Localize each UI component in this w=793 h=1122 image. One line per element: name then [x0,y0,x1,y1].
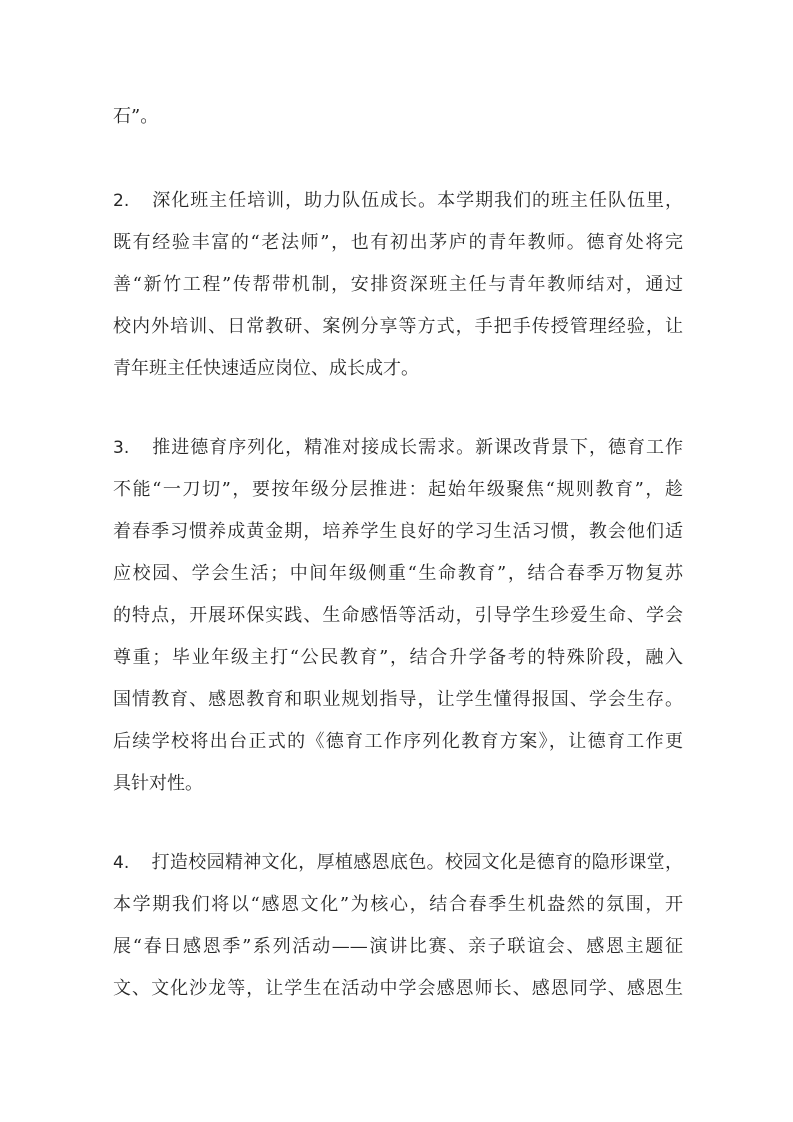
list-number: 2. [113,191,129,211]
text-line: 尊重；毕业年级主打“公民教育”，结合升学备考的特殊阶段，融入 [113,637,683,679]
text-line: 青年班主任快速适应岗位、成长成才。 [113,348,683,390]
text-line: 不能“一刀切”，要按年级分层推进：起始年级聚焦“规则教育”，趁 [113,469,683,511]
list-number: 4. [113,853,129,873]
line-text: 推进德育序列化，精准对接成长需求。新课改背景下，德育工作 [151,437,683,458]
text-line: 校内外培训、日常教研、案例分享等方式，手把手传授管理经验，让 [113,306,683,348]
text-line: 4.打造校园精神文化，厚植感恩底色。校园文化是德育的隐形课堂， [113,842,683,884]
text-line: 3.推进德育序列化，精准对接成长需求。新课改背景下，德育工作 [113,427,683,469]
tab-gap [129,452,151,453]
line-text: 打造校园精神文化，厚植感恩底色。校园文化是德育的隐形课堂， [151,852,683,873]
list-item-4: 4.打造校园精神文化，厚植感恩底色。校园文化是德育的隐形课堂， 本学期我们将以“… [113,842,683,1010]
text-line: 具针对性。 [113,763,683,805]
text-line: 本学期我们将以“感恩文化”为核心，结合春季生机盎然的氛围，开 [113,884,683,926]
text-line: 后续学校将出台正式的《德育工作序列化教育方案》，让德育工作更 [113,721,683,763]
text-line: 的特点，开展环保实践、生命感悟等活动，引导学生珍爱生命、学会 [113,595,683,637]
text-line: 既有经验丰富的“老法师”，也有初出茅庐的青年教师。德育处将完 [113,222,683,264]
list-item-3: 3.推进德育序列化，精准对接成长需求。新课改背景下，德育工作 不能“一刀切”，要… [113,427,683,805]
list-number: 3. [113,438,129,458]
continued-paragraph: 石”。 [113,96,683,138]
text-line: 国情教育、感恩教育和职业规划指导，让学生懂得报国、学会生存。 [113,679,683,721]
text-line: 2.深化班主任培训，助力队伍成长。本学期我们的班主任队伍里， [113,180,683,222]
text-line: 着春季习惯养成黄金期，培养学生良好的学习生活习惯，教会他们适 [113,511,683,553]
document-page: 石”。 2.深化班主任培训，助力队伍成长。本学期我们的班主任队伍里， 既有经验丰… [0,0,793,1122]
text-line: 应校园、学会生活；中间年级侧重“生命教育”，结合春季万物复苏 [113,553,683,595]
line-text: 深化班主任培训，助力队伍成长。本学期我们的班主任队伍里， [151,190,683,211]
tab-gap [129,205,151,206]
text-line: 展“春日感恩季”系列活动——演讲比赛、亲子联谊会、感恩主题征 [113,926,683,968]
text-line: 石”。 [113,96,683,138]
text-line: 善“新竹工程”传帮带机制，安排资深班主任与青年教师结对，通过 [113,264,683,306]
tab-gap [129,867,151,868]
list-item-2: 2.深化班主任培训，助力队伍成长。本学期我们的班主任队伍里， 既有经验丰富的“老… [113,180,683,390]
text-line: 文、文化沙龙等，让学生在活动中学会感恩师长、感恩同学、感恩生 [113,968,683,1010]
